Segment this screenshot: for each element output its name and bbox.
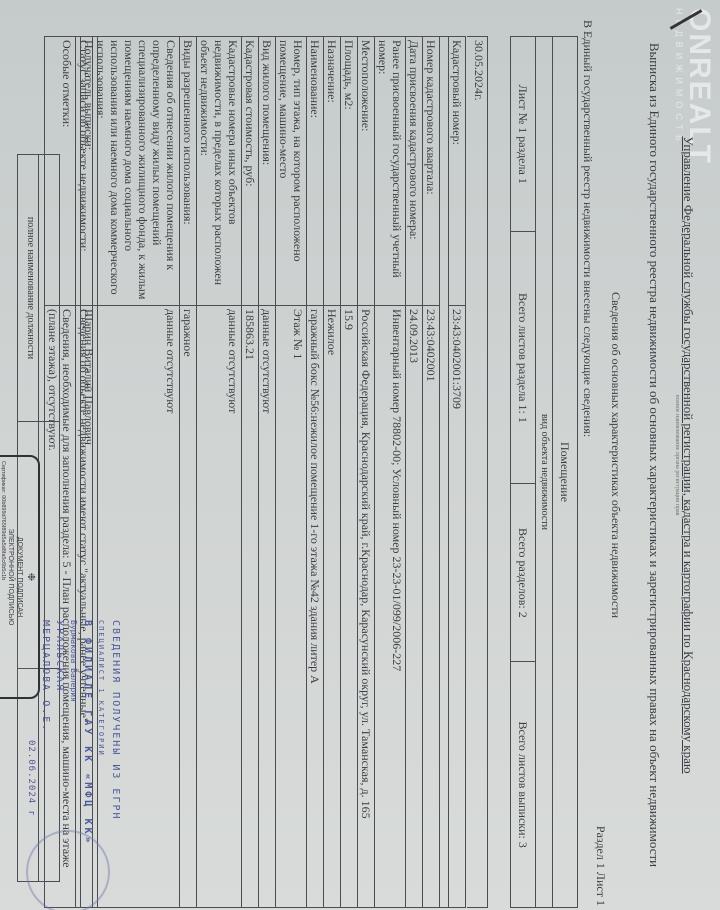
section-page-label: Раздел 1 Лист 1 [593, 826, 608, 906]
extract-date: 30.05.2024г. [467, 37, 488, 908]
agency-name: Управление Федеральной службы государств… [680, 0, 696, 910]
field-value: 15.9 [341, 306, 358, 908]
object-type-table: Помещение вид объекта недвижимости Лист … [510, 36, 578, 908]
field-label: Назначение: [324, 37, 341, 306]
field-label: Ранее присвоенный государственный учетны… [375, 37, 406, 306]
field-value: Российская Федерация, Краснодарский край… [358, 306, 375, 908]
stamp-title: ДОКУМЕНТ ПОДПИСАН [16, 457, 23, 697]
field-value: Этаж № 1 [276, 306, 307, 908]
date-row: 30.05.2024г. [467, 36, 488, 908]
field-row: Виды разрешенного использования: гаражно… [180, 37, 197, 908]
field-row: Местоположение: Российская Федерация, Кр… [358, 37, 375, 908]
field-label: Дата присвоения кадастрового номера: [406, 37, 423, 306]
field-row: Кадастровая стоимость, руб: 185863.21 [242, 37, 259, 908]
mfc-line-1: СВЕДЕНИЯ ПОЛУЧЕНЫ ИЗ ЕГРН [108, 620, 122, 900]
field-label: Номер кадастрового квартала: [423, 37, 440, 306]
recipient-label: Получатель выписки: [81, 37, 98, 306]
field-label: Кадастровый номер: [449, 37, 466, 306]
extract-title: Выписка из Единого государственного реес… [646, 0, 662, 910]
field-label: Вид жилого помещения: [259, 37, 276, 306]
field-value: 23:43:0402001 [423, 306, 440, 908]
field-value: данные отсутствуют [259, 306, 276, 908]
intro-text: В Единый государственный реестр недвижим… [580, 20, 595, 437]
field-label: Виды разрешенного использования: [180, 37, 197, 306]
field-value: 24.09.2013 [406, 306, 423, 908]
position-field [39, 155, 60, 422]
field-row: Вид жилого помещения: данные отсутствуют [259, 37, 276, 908]
row-separator [440, 37, 449, 908]
info-title: Сведения об основных характеристиках объ… [608, 0, 623, 910]
field-row: Наименование: гаражный бокс №56:нежилое … [307, 37, 324, 908]
field-row: Назначение: Нежилое [324, 37, 341, 908]
object-type-value: Помещение [553, 37, 578, 908]
field-row: Кадастровый номер: 23:43:0402001:3709 [449, 37, 466, 908]
field-value: гаражное [180, 306, 197, 908]
field-label: Наименование: [307, 37, 324, 306]
sheets-in-section: Всего листов раздела 1: 1 [511, 232, 536, 484]
sections-total: Всего разделов: 2 [511, 484, 536, 662]
field-label: Сведения об отнесении жилого помещения к… [93, 37, 180, 306]
field-value: данные отсутствуют [197, 306, 242, 908]
field-label: Местоположение: [358, 37, 375, 306]
sheets-total: Всего листов выписки: 3 [511, 662, 536, 908]
field-row: Номер, тип этажа, на котором расположено… [276, 37, 307, 908]
field-value: Инвентарный номер 78802-00; Условный ном… [375, 306, 406, 908]
field-label: Кадастровые номера иных объектов недвижи… [197, 37, 242, 306]
document-sheet: ONREALT НЕДВИЖИМОСТЬ Управление Федераль… [0, 0, 720, 910]
object-type-caption: вид объекта недвижимости [536, 37, 553, 908]
field-row: Дата присвоения кадастрового номера: 24.… [406, 37, 423, 908]
field-value: Нежилое [324, 306, 341, 908]
field-value: гаражный бокс №56:нежилое помещение 1-го… [307, 306, 324, 908]
round-seal-icon [26, 830, 110, 910]
agency-caption: полное наименование органа регистрации п… [674, 0, 680, 910]
sheet-number: Лист № 1 раздела 1 [511, 37, 536, 232]
position-caption: полное наименование должности [18, 155, 39, 422]
field-label: Площадь, м2: [341, 37, 358, 306]
stamp-subtitle: ЭЛЕКТРОННОЙ ПОДПИСЬЮ [7, 457, 14, 697]
field-value: 185863.21 [242, 306, 259, 908]
field-row: Площадь, м2: 15.9 [341, 37, 358, 908]
field-row: Кадастровые номера иных объектов недвижи… [197, 37, 242, 908]
field-value: 23:43:0402001:3709 [449, 306, 466, 908]
field-label: Кадастровая стоимость, руб: [242, 37, 259, 306]
stamp-certificate: Сертификат: 00b899d765f89d5a5d8fa5c6b5c1… [0, 457, 6, 697]
field-row: Ранее присвоенный государственный учетны… [375, 37, 406, 908]
field-label: Номер, тип этажа, на котором расположено… [276, 37, 307, 306]
field-row: Номер кадастрового квартала: 23:43:04020… [423, 37, 440, 908]
